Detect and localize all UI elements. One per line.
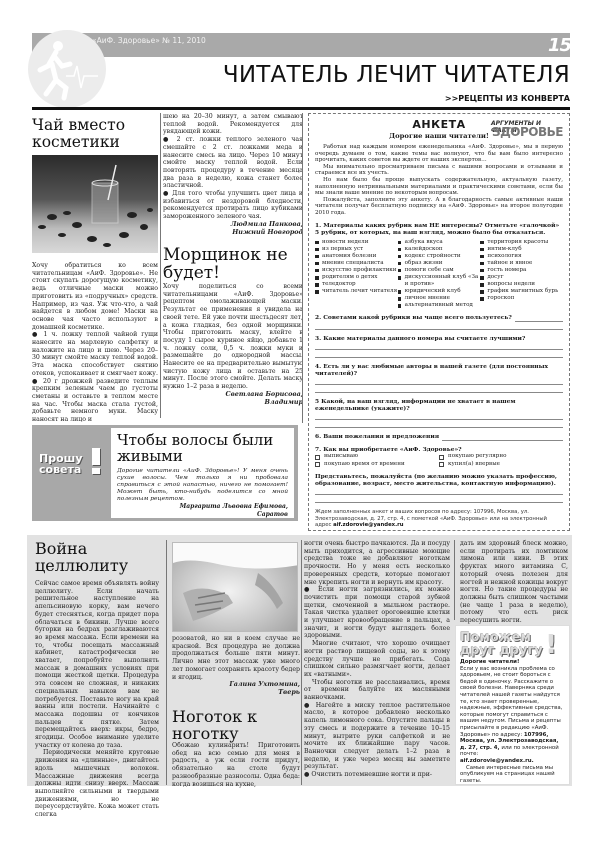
answer-line-2b[interactable] bbox=[315, 322, 563, 330]
column-divider bbox=[166, 540, 167, 785]
bullet-item: ● Для того чтобы улучшить цвет лица и из… bbox=[163, 190, 303, 221]
wrinkles-article-title: Морщинок не будет! bbox=[163, 246, 303, 282]
answer-line-contact[interactable] bbox=[315, 487, 563, 495]
paragraph: Обожаю кулинарить! Приготовить обед на в… bbox=[172, 742, 300, 788]
help-each-other-box: Поможем друг другу ! Дорогие читатели! Е… bbox=[455, 625, 570, 785]
issue-label: «АиФ. Здоровье» № 11, 2010 bbox=[92, 36, 206, 45]
rubric-option[interactable]: дискуссионный клуб «За и против» bbox=[398, 274, 481, 288]
ask-advice-label: Прошу совета bbox=[39, 453, 83, 475]
rubric-option[interactable]: альтернативный метод bbox=[398, 302, 481, 309]
rubric-option[interactable]: тайное и явное bbox=[480, 260, 563, 267]
rubric-option[interactable]: читатель лечит читателя bbox=[315, 288, 398, 295]
advice-title: Чтобы волосы были живыми bbox=[117, 432, 288, 464]
rubric-option[interactable]: азбука вкуса bbox=[398, 239, 481, 246]
rubric-option[interactable]: анатомия болезни bbox=[315, 253, 398, 260]
checkbox-icon bbox=[315, 462, 320, 467]
tea-article-continued: шею на 20–30 минут, а затем смывают тепл… bbox=[163, 113, 303, 236]
column-divider bbox=[302, 113, 303, 423]
rubric-option[interactable]: психология bbox=[480, 253, 563, 260]
massage-photo bbox=[172, 542, 298, 632]
rubric-option[interactable]: досуг bbox=[480, 274, 563, 281]
nails-article-body: Обожаю кулинарить! Приготовить обед на в… bbox=[172, 742, 300, 788]
rubric-option[interactable]: калейдоскоп bbox=[398, 246, 481, 253]
author-city: Нижний Новгород bbox=[163, 229, 303, 237]
page-number: 15 bbox=[548, 35, 571, 56]
paragraph: Многие считают, что хорошо очищает ногти… bbox=[304, 640, 450, 679]
questionnaire-footer: Ждем заполненных анкет и ваших вопросов … bbox=[315, 509, 563, 528]
rubric-option[interactable]: гороскоп bbox=[480, 295, 563, 302]
checkbox-first-time[interactable]: купил(а) впервые bbox=[439, 461, 563, 469]
rubric-option[interactable]: теледоктор bbox=[315, 281, 398, 288]
paragraph: Чтобы ноготки не расслаивались, время от… bbox=[304, 679, 450, 702]
author-city: Владимир bbox=[163, 399, 303, 407]
exclamation-icon bbox=[92, 448, 100, 465]
rubric-option[interactable]: искусство профилактики bbox=[315, 267, 398, 274]
rubric-option[interactable]: гость номера bbox=[480, 267, 563, 274]
author-city: Саратов bbox=[117, 511, 288, 519]
introduce-prompt: Представьтесь, пожалуйста (по желанию мо… bbox=[315, 473, 563, 487]
answer-line-5[interactable] bbox=[315, 412, 563, 420]
question-2: 2. Советами какой рубрики вы чаще всего … bbox=[315, 314, 563, 322]
bullet-item: ● Очистить потемневшие ногти и при- bbox=[304, 771, 450, 779]
column-divider bbox=[160, 113, 161, 418]
answer-line-3[interactable] bbox=[315, 342, 563, 350]
checkbox-icon bbox=[439, 462, 444, 467]
questionnaire-form: АРГУМЕНТЫ И ФАКТЫ ЗДОРОВЬЕ АНКЕТА Дороги… bbox=[308, 113, 570, 531]
paragraph: Сейчас самое время объявлять войну целлю… bbox=[35, 580, 159, 749]
bullet-item: ● Если ногти загрязнились, их можно почи… bbox=[304, 586, 450, 640]
rubric-option[interactable]: из первых уст bbox=[315, 246, 398, 253]
section-subtitle: >>РЕЦЕПТЫ ИЗ КОНВЕРТА bbox=[445, 94, 570, 103]
rubric-option[interactable]: новости недели bbox=[315, 239, 398, 246]
answer-line-5b[interactable] bbox=[315, 420, 563, 428]
question-1: 1. Материалы каких рубрик вам НЕ интерес… bbox=[315, 222, 563, 236]
cellulite-article-title: Война целлюлиту bbox=[35, 540, 159, 574]
exclamation-dot-icon bbox=[92, 468, 100, 474]
rubric-option[interactable]: территория красоты bbox=[480, 239, 563, 246]
rubric-option[interactable]: график магнитных бурь bbox=[480, 288, 563, 295]
column-divider bbox=[301, 540, 302, 785]
author-name: Маргарита Львовна Ефимова, bbox=[117, 503, 288, 511]
checkbox-buy-regularly[interactable]: покупаю регулярно bbox=[439, 453, 563, 461]
answer-line-4[interactable] bbox=[315, 377, 563, 385]
question-5: 5 Какой, на ваш взгляд, информации не хв… bbox=[315, 398, 563, 412]
tea-photo bbox=[32, 155, 158, 253]
question-7: 7. Как вы приобретаете «АиФ. Здоровье»? bbox=[315, 446, 563, 453]
question-6: 6. Ваши пожелания и предложения bbox=[315, 433, 563, 441]
question-4: 4. Есть ли у вас любимые авторы в нашей … bbox=[315, 363, 563, 377]
aif-health-logo: АРГУМЕНТЫ И ФАКТЫ ЗДОРОВЬЕ bbox=[491, 120, 563, 140]
rubric-option[interactable]: кодекс стройности bbox=[398, 253, 481, 260]
answer-line-3b[interactable] bbox=[315, 350, 563, 358]
paragraph: Хочу обратиться ко всем читательницам «А… bbox=[32, 262, 158, 331]
email-link[interactable]: aif.zdorovie@yandex.ru bbox=[333, 522, 403, 528]
email-link[interactable]: aif.zdorovie@yandex.ru. bbox=[460, 758, 565, 765]
answer-line-4b[interactable] bbox=[315, 385, 563, 393]
paragraph: Хочу поделиться со всеми читательницами … bbox=[163, 283, 303, 391]
header-rule bbox=[32, 107, 570, 110]
section-title: ЧИТАТЕЛЬ ЛЕЧИТ ЧИТАТЕЛЯ bbox=[223, 62, 570, 88]
checkbox-icon bbox=[439, 455, 444, 460]
rubric-options: новости неделииз первых устанатомия боле… bbox=[315, 239, 563, 310]
rubric-option[interactable]: личное мнение bbox=[398, 295, 481, 302]
rubric-option[interactable]: родителям о детях bbox=[315, 274, 398, 281]
answer-line-2[interactable] bbox=[515, 314, 563, 322]
paragraph: Периодически меняйте круговые движения н… bbox=[35, 749, 159, 818]
paragraph: дать им здоровый блеск можно, если проти… bbox=[460, 540, 568, 625]
answer-line-6[interactable] bbox=[442, 433, 563, 441]
wrinkles-article-body: Хочу поделиться со всеми читательницами … bbox=[163, 283, 303, 406]
nails-article-continued: ногти очень быстро пачкаются. Да и посуд… bbox=[304, 540, 450, 779]
paragraph: ногти очень быстро пачкаются. Да и посуд… bbox=[304, 540, 450, 586]
bullet-item: ● 1 ч. ложку теплой чайной гущи нанесите… bbox=[32, 331, 158, 377]
nails-article-title: Ноготок к ноготку bbox=[172, 708, 300, 742]
checkbox-buy-sometimes[interactable]: покупаю время от времени bbox=[315, 461, 439, 469]
bullet-item: ● 2 ст. ложки теплого зеленого чая смеша… bbox=[163, 136, 303, 190]
cellulite-article-continued: розоватой, но ни в коем случае не красно… bbox=[172, 635, 300, 697]
questionnaire-intro: Работая над каждым номером еженедельника… bbox=[315, 144, 563, 217]
exclamation-icon: ! bbox=[545, 630, 557, 660]
checkbox-subscribe[interactable]: выписываю bbox=[315, 453, 439, 461]
rubric-option[interactable]: мнение специалиста bbox=[315, 260, 398, 267]
column-divider bbox=[454, 540, 455, 620]
help-body: Дорогие читатели! Если у вас возникла пр… bbox=[460, 659, 565, 784]
rubric-option[interactable]: интим-клуб bbox=[480, 246, 563, 253]
rubric-option[interactable]: юридический клуб bbox=[398, 288, 481, 295]
author-city: Тверь bbox=[172, 689, 300, 697]
checkbox-icon bbox=[315, 455, 320, 460]
tea-article-title: Чай вместо косметики bbox=[32, 117, 158, 151]
rubric-option[interactable]: образ жизни bbox=[398, 260, 481, 267]
tea-article-body: Хочу обратиться ко всем читательницам «А… bbox=[32, 262, 158, 424]
question-3: 3. Какие материалы данного номера вы счи… bbox=[315, 335, 563, 342]
paragraph: шею на 20–30 минут, а затем смывают тепл… bbox=[163, 113, 303, 136]
ask-advice-box: Прошу совета Чтобы волосы были живыми До… bbox=[32, 425, 298, 521]
advice-body: Дорогие читатели «АиФ. Здоровье»! У меня… bbox=[117, 468, 288, 503]
paragraph: розоватой, но ни в коем случае не красно… bbox=[172, 635, 300, 681]
rubric-option[interactable]: помоги себе сам bbox=[398, 267, 481, 274]
answer-line-contact-b[interactable] bbox=[315, 495, 563, 503]
bullet-item: ● 20 г дрожжей разведите теплым крепким … bbox=[32, 378, 158, 424]
cellulite-article-body: Сейчас самое время объявлять войну целлю… bbox=[35, 580, 159, 819]
bullet-item: ● Нагейте в миску теплое растительное ма… bbox=[304, 702, 450, 771]
